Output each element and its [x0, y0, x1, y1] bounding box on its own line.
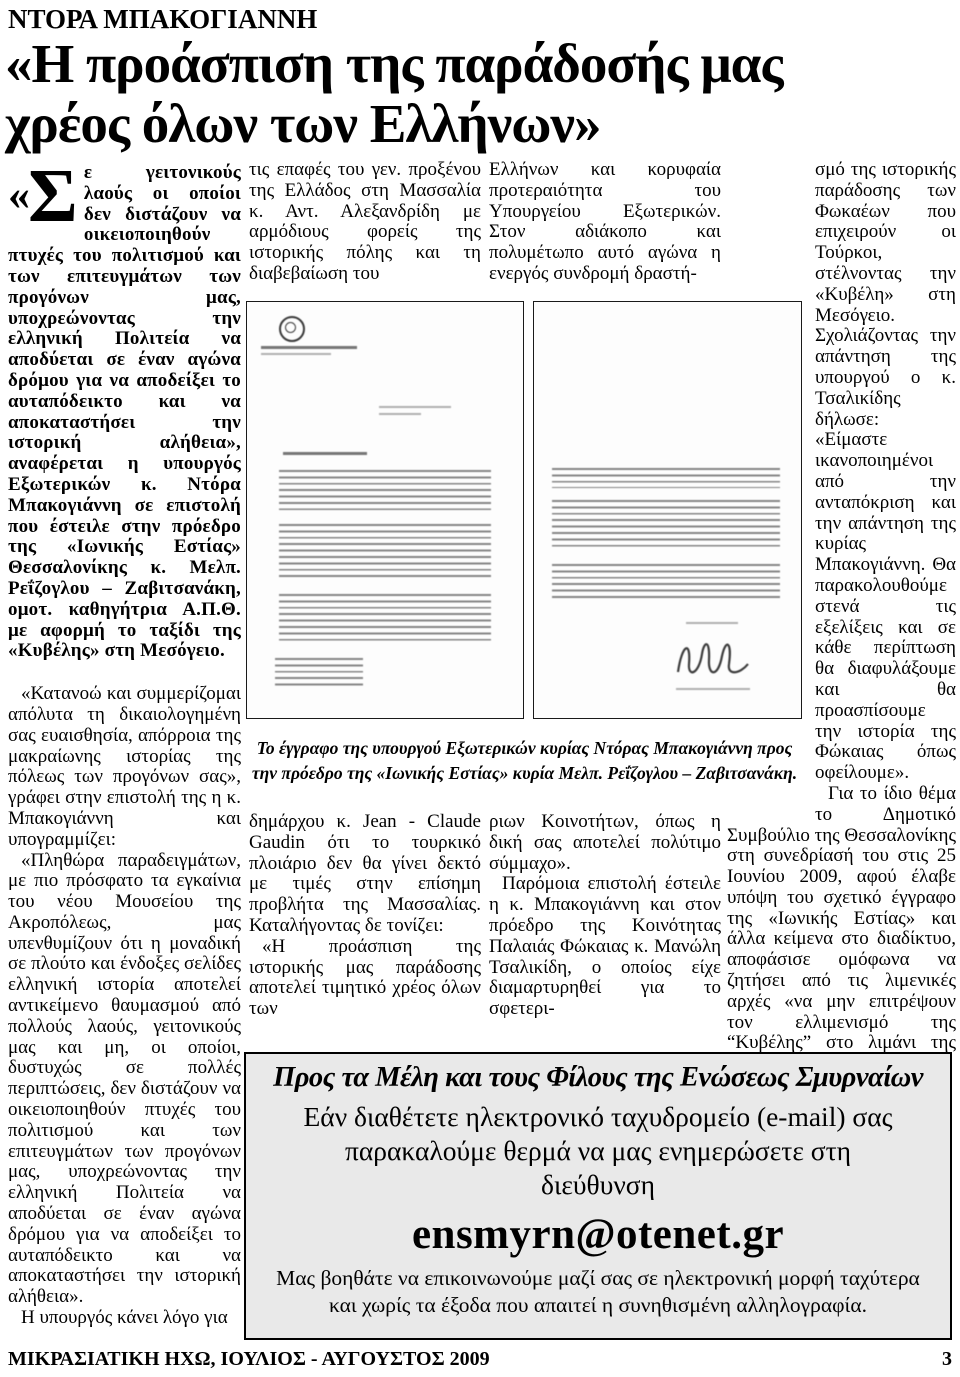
footer-page-number: 3	[942, 1348, 952, 1371]
letter-page-2-content	[534, 302, 801, 718]
letterhead-line	[261, 353, 331, 355]
email-address: ensmyrn@otenet.gr	[246, 1210, 950, 1259]
article-column-2-top: τις επαφές του γεν. προξένου της Ελλάδος…	[249, 160, 481, 285]
kicker: ΝΤΟΡΑ ΜΠΑΚΟΓΙΑΝΝΗ	[8, 4, 317, 35]
reference-line	[379, 413, 421, 415]
ministry-emblem-icon	[279, 316, 305, 342]
page-footer: ΜΙΚΡΑΣΙΑΤΙΚΗ ΗΧΩ, ΙΟΥΛΙΟΣ - ΑΥΓΟΥΣΤΟΣ 20…	[8, 1348, 952, 1371]
figure-caption: Το έγγραφο της υπουργού Εξωτερικών κυρία…	[246, 736, 803, 786]
drop-cap-letter: Σ	[28, 154, 78, 238]
article-paragraph: Για το ίδιο θέμα το Δημοτικό Συμβούλιο τ…	[727, 784, 956, 1075]
article-paragraph: Ελλήνων και κορυφαία προτεραιότητα του Υ…	[489, 160, 721, 285]
notice-box: Προς τα Μέλη και τους Φίλους της Ενώσεως…	[244, 1052, 952, 1340]
headline: «Η προάσπιση της παράδοσής μας χρέος όλω…	[5, 34, 783, 154]
letter-paragraph	[279, 470, 491, 510]
recipient-address-block	[275, 658, 363, 690]
letter-paragraph	[279, 594, 491, 644]
letter-paragraph	[552, 500, 780, 551]
article-paragraph: τις επαφές του γεν. προξένου της Ελλάδος…	[249, 160, 481, 285]
article-column-2-bottom: δημάρχου κ. Jean - Claude Gaudin ότι το …	[249, 812, 481, 1020]
letter-page-2	[533, 301, 802, 719]
notice-heading: Προς τα Μέλη και τους Φίλους της Ενώσεως…	[256, 1062, 940, 1094]
date-line	[379, 406, 451, 408]
article-column-3-top: Ελλήνων και κορυφαία προτεραιότητα του Υ…	[489, 160, 721, 285]
article-column-1: «Σε γειτονικούς λαούς οι οποίοι δεν διστ…	[8, 163, 241, 1329]
drop-cap-quote: «	[8, 170, 28, 219]
lead-paragraph: «Σε γειτονικούς λαούς οι οποίοι δεν διστ…	[8, 163, 241, 662]
signature-scribble	[672, 634, 756, 682]
article-paragraph: «Κατανοώ και συμμερίζομαι απόλυτα τη δικ…	[8, 684, 241, 850]
closing-line	[686, 622, 738, 624]
article-paragraph: «Πληθώρα παραδειγμάτων, με πιο πρόσφατο …	[8, 851, 241, 1309]
article-paragraph: ριων Κοινοτήτων, όπως η δική σας αποτελε…	[489, 812, 721, 874]
article-paragraph: Παρόμοια επιστολή έστειλε η κ. Μπακογιάν…	[489, 874, 721, 1020]
footer-publication: ΜΙΚΡΑΣΙΑΤΙΚΗ ΗΧΩ, ΙΟΥΛΙΟΣ - ΑΥΓΟΥΣΤΟΣ 20…	[8, 1348, 490, 1371]
newspaper-page: ΝΤΟΡΑ ΜΠΑΚΟΓΙΑΝΝΗ «Η προάσπιση της παράδ…	[0, 0, 960, 1377]
article-paragraph: δημάρχου κ. Jean - Claude Gaudin ότι το …	[249, 812, 481, 937]
headline-line-1: «Η προάσπιση της παράδοσής μας	[5, 34, 783, 94]
headline-line-2: χρέος όλων των Ελλήνων»	[5, 94, 783, 154]
article-paragraph: Η υπουργός κάνει λόγο για	[8, 1308, 241, 1329]
signature-name-line	[676, 688, 750, 690]
letter-paragraph	[552, 468, 780, 488]
drop-cap: «Σ	[8, 167, 78, 227]
letter-page-1-content	[247, 302, 523, 718]
notice-message: Εάν διαθέτετε ηλεκτρονικό ταχυδρομείο (e…	[288, 1100, 908, 1202]
letterhead-line	[261, 346, 357, 349]
letter-paragraph	[552, 564, 780, 602]
letter-figure	[246, 301, 803, 719]
article-column-3-bottom: ριων Κοινοτήτων, όπως η δική σας αποτελε…	[489, 812, 721, 1020]
letter-page-1	[246, 301, 524, 719]
article-paragraph: «Η προάσπιση της ιστορικής μας παράδοσης…	[249, 937, 481, 1020]
salutation-line	[283, 452, 367, 455]
letter-paragraph	[279, 524, 491, 581]
notice-closing: Μας βοηθάτε να επικοινωνούμε μαζί σας σε…	[274, 1265, 922, 1319]
